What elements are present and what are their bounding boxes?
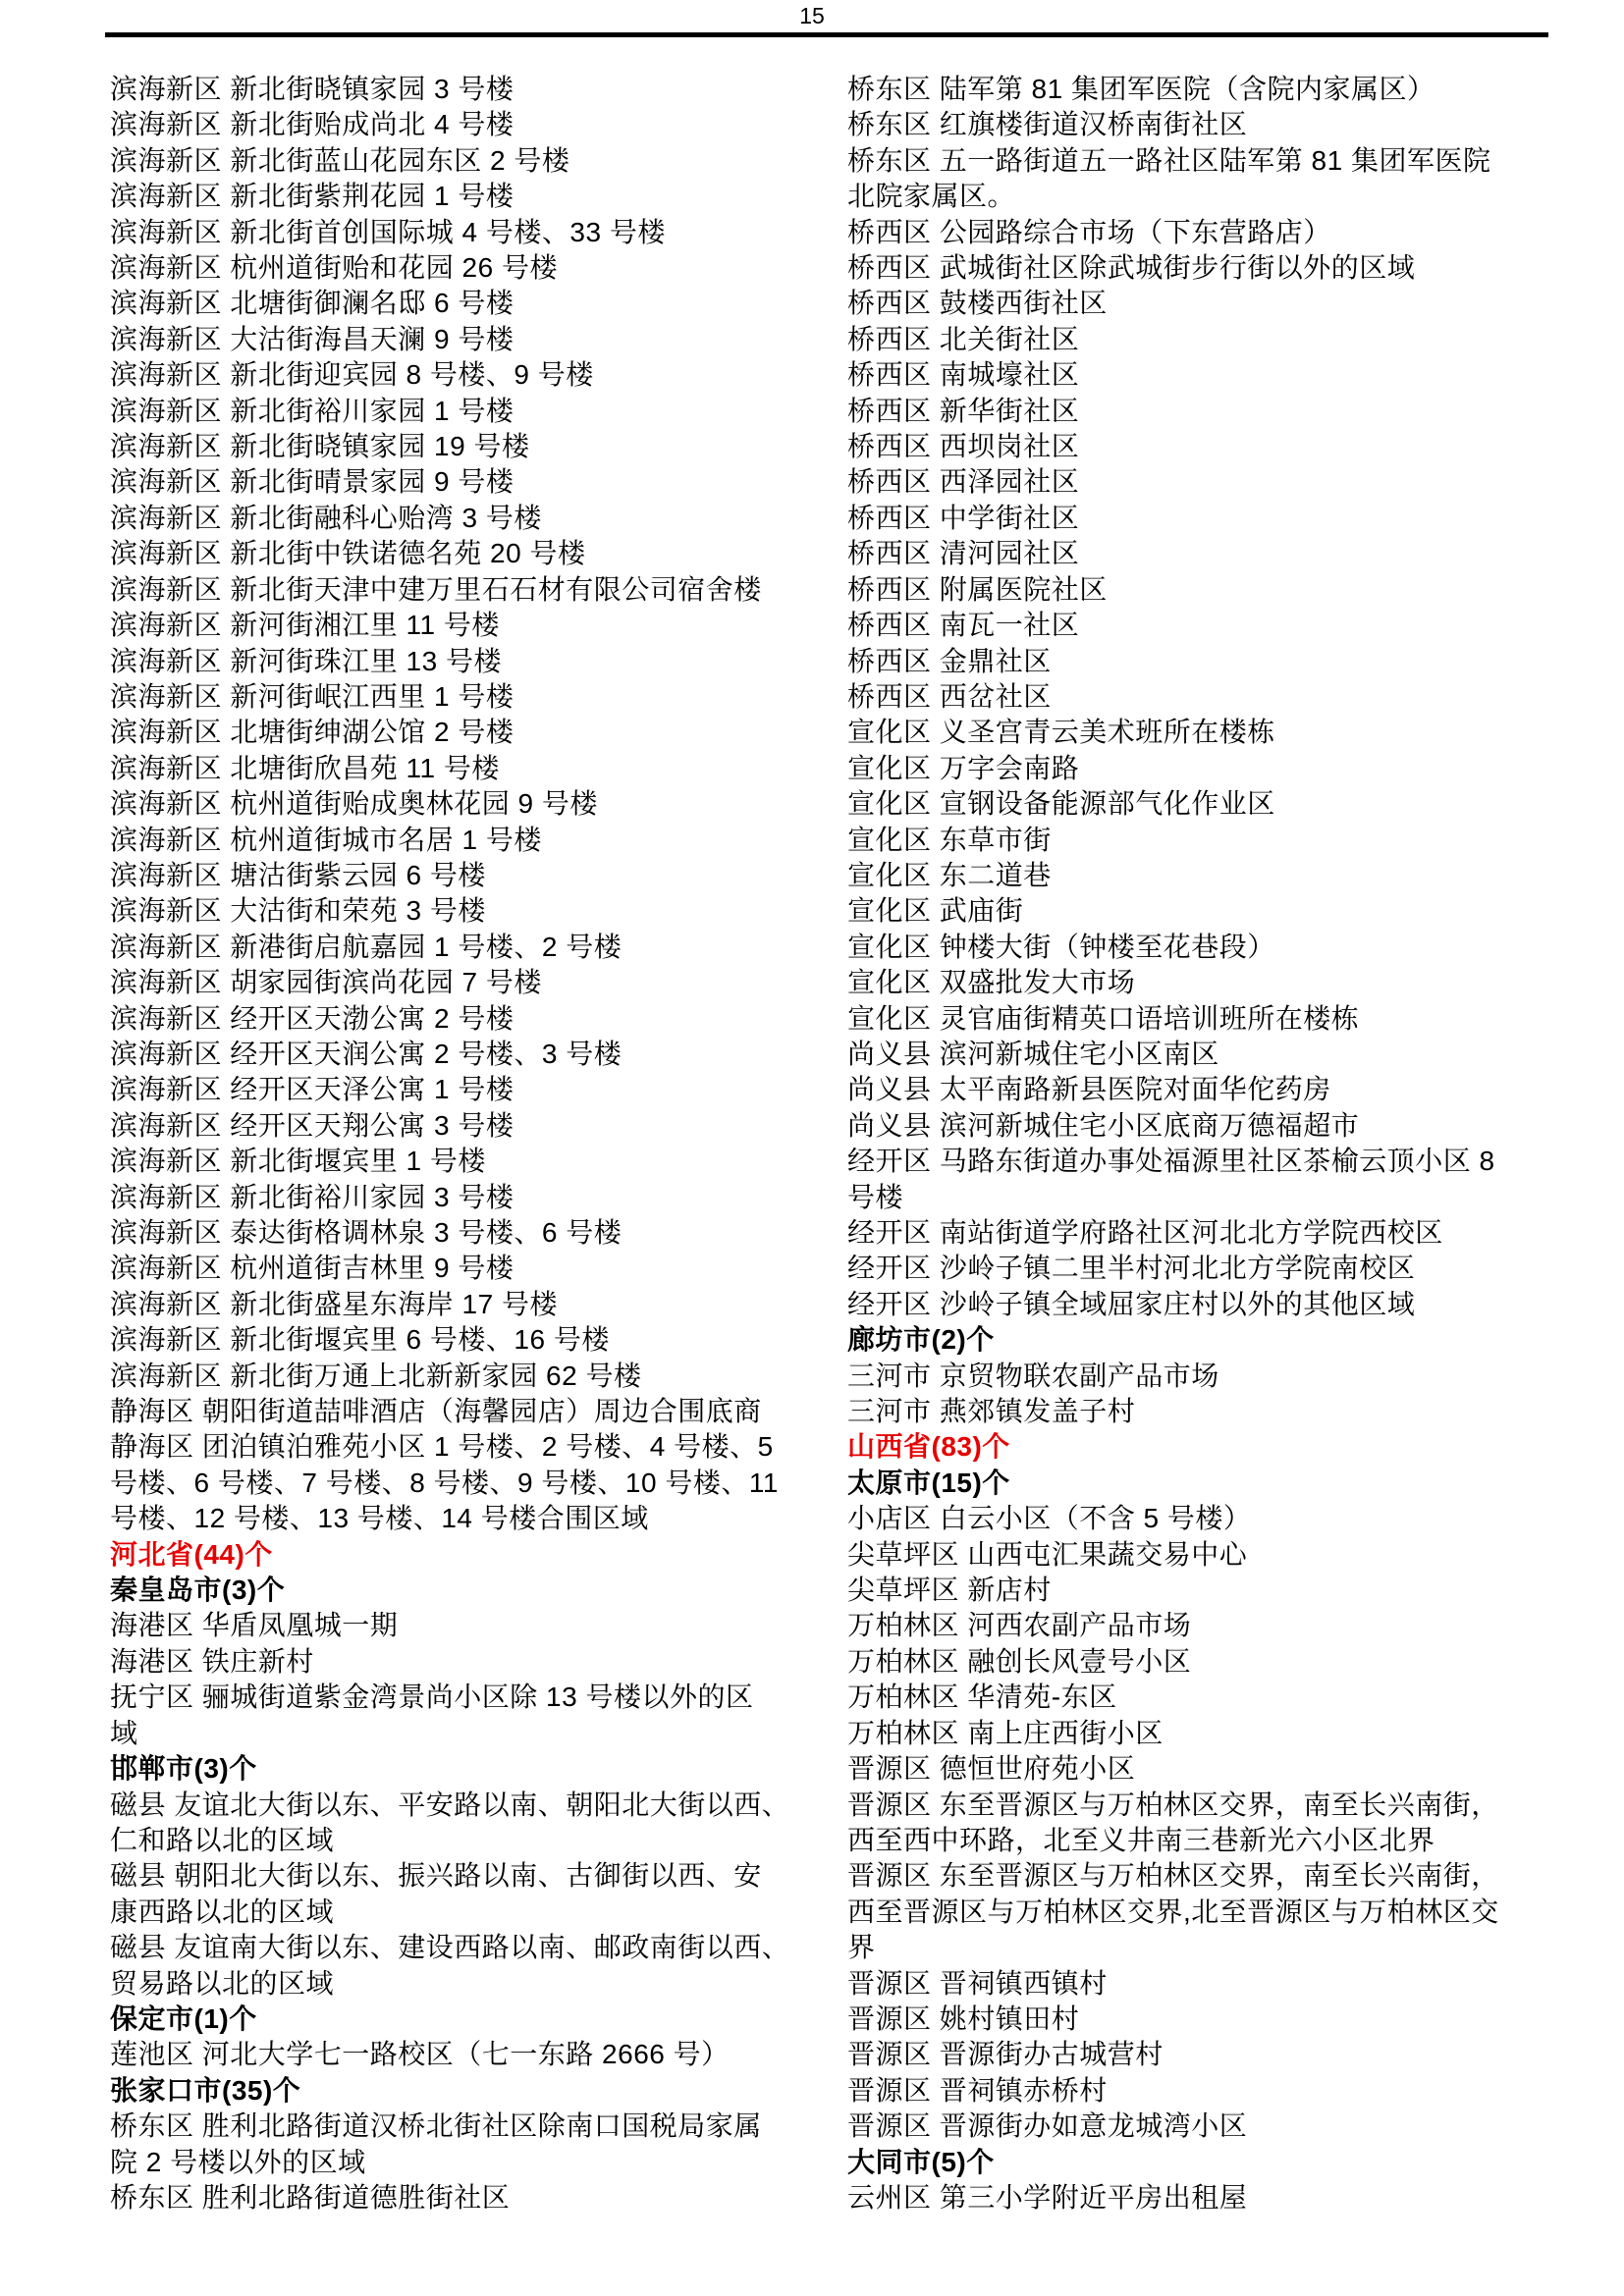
text-line: 滨海新区 经开区天翔公寓 3 号楼 [110, 1108, 797, 1144]
text-line: 桥西区 南城壕社区 [847, 357, 1535, 393]
text-line: 晋源区 晋源街办古城营村 [847, 2037, 1535, 2072]
text-line: 桥东区 五一路街道五一路社区陆军第 81 集团军医院 [847, 143, 1535, 179]
text-line: 号楼、12 号楼、13 号楼、14 号楼合围区域 [110, 1501, 797, 1536]
text-line: 万柏林区 华清苑-东区 [847, 1680, 1535, 1715]
text-line: 滨海新区 新北街裕川家园 3 号楼 [110, 1180, 797, 1215]
text-line: 滨海新区 杭州道街城市名居 1 号楼 [110, 823, 797, 858]
text-line: 滨海新区 新北街迎宾园 8 号楼、9 号楼 [110, 357, 797, 393]
text-line: 桥西区 附属医院社区 [847, 572, 1535, 608]
header-rule [105, 32, 1548, 37]
text-line: 滨海新区 新河街岷江西里 1 号楼 [110, 679, 797, 715]
text-line: 桥西区 清河园社区 [847, 536, 1535, 571]
text-line: 云州区 第三小学附近平房出租屋 [847, 2180, 1535, 2216]
text-line: 桥西区 公园路综合市场（下东营路店） [847, 215, 1535, 250]
text-line: 太原市(15)个 [847, 1466, 1535, 1501]
text-line: 宣化区 双盛批发大市场 [847, 965, 1535, 1000]
text-line: 滨海新区 北塘街欣昌苑 11 号楼 [110, 751, 797, 786]
text-line: 宣化区 钟楼大街（钟楼至花巷段） [847, 930, 1535, 965]
text-line: 滨海新区 新北街蓝山花园东区 2 号楼 [110, 143, 797, 179]
text-line: 滨海新区 塘沽街紫云园 6 号楼 [110, 858, 797, 893]
text-line: 滨海新区 新北街紫荆花园 1 号楼 [110, 179, 797, 214]
text-line: 西至西中环路，北至义井南三巷新光六小区北界 [847, 1823, 1535, 1858]
text-line: 晋源区 东至晋源区与万柏林区交界，南至长兴南街， [847, 1858, 1535, 1894]
text-line: 滨海新区 新河街湘江里 11 号楼 [110, 608, 797, 643]
text-line: 界 [847, 1930, 1535, 1965]
text-line: 保定市(1)个 [110, 2002, 797, 2037]
text-line: 滨海新区 经开区天润公寓 2 号楼、3 号楼 [110, 1037, 797, 1072]
text-line: 北院家属区。 [847, 179, 1535, 214]
text-line: 晋源区 晋祠镇西镇村 [847, 1966, 1535, 2002]
text-line: 滨海新区 新北街裕川家园 1 号楼 [110, 394, 797, 429]
text-line: 邯郸市(3)个 [110, 1751, 797, 1787]
text-line: 山西省(83)个 [847, 1429, 1535, 1465]
text-line: 滨海新区 新北街首创国际城 4 号楼、33 号楼 [110, 215, 797, 250]
text-line: 滨海新区 新北街万通上北新新家园 62 号楼 [110, 1359, 797, 1394]
text-line: 经开区 沙岭子镇全域屈家庄村以外的其他区域 [847, 1287, 1535, 1322]
text-line: 莲池区 河北大学七一路校区（七一东路 2666 号） [110, 2037, 797, 2072]
text-line: 滨海新区 杭州道街贻成奥林花园 9 号楼 [110, 786, 797, 822]
text-line: 桥东区 胜利北路街道德胜街社区 [110, 2180, 797, 2216]
text-line: 尖草坪区 新店村 [847, 1573, 1535, 1608]
text-line: 滨海新区 杭州道街吉林里 9 号楼 [110, 1251, 797, 1286]
text-line: 尚义县 滨河新城住宅小区南区 [847, 1037, 1535, 1072]
text-line: 滨海新区 新北街堰宾里 1 号楼 [110, 1144, 797, 1179]
text-line: 宣化区 万字会南路 [847, 751, 1535, 786]
text-line: 滨海新区 新北街融科心贻湾 3 号楼 [110, 501, 797, 536]
text-line: 尖草坪区 山西屯汇果蔬交易中心 [847, 1537, 1535, 1573]
text-line: 海港区 铁庄新村 [110, 1644, 797, 1680]
text-line: 桥西区 鼓楼西街社区 [847, 286, 1535, 321]
text-line: 经开区 马路东街道办事处福源里社区茶榆云顶小区 8 [847, 1144, 1535, 1179]
text-line: 张家口市(35)个 [110, 2073, 797, 2109]
text-line: 三河市 京贸物联农副产品市场 [847, 1359, 1535, 1394]
text-line: 桥东区 胜利北路街道汉桥北街社区除南口国税局家属 [110, 2109, 797, 2144]
text-line: 滨海新区 新北街盛星东海岸 17 号楼 [110, 1287, 797, 1322]
text-line: 滨海新区 泰达街格调林泉 3 号楼、6 号楼 [110, 1215, 797, 1251]
text-line: 静海区 团泊镇泊雅苑小区 1 号楼、2 号楼、4 号楼、5 [110, 1429, 797, 1465]
text-line: 桥东区 陆军第 81 集团军医院（含院内家属区） [847, 72, 1535, 107]
text-line: 域 [110, 1716, 797, 1751]
text-line: 滨海新区 北塘街御澜名邸 6 号楼 [110, 286, 797, 321]
text-line: 宣化区 东草市街 [847, 823, 1535, 858]
text-line: 晋源区 晋源街办如意龙城湾小区 [847, 2109, 1535, 2144]
right-column: 桥东区 陆军第 81 集团军医院（含院内家属区）桥东区 红旗楼街道汉桥南街社区桥… [847, 72, 1535, 2216]
text-line: 宣化区 灵官庙街精英口语培训班所在楼栋 [847, 1001, 1535, 1037]
text-line: 滨海新区 新北街中铁诺德名苑 20 号楼 [110, 536, 797, 571]
text-line: 晋源区 姚村镇田村 [847, 2002, 1535, 2037]
text-line: 磁县 朝阳北大街以东、振兴路以南、古御街以西、安 [110, 1858, 797, 1894]
text-line: 静海区 朝阳街道喆啡酒店（海馨园店）周边合围底商 [110, 1394, 797, 1429]
text-line: 尚义县 太平南路新县医院对面华佗药房 [847, 1072, 1535, 1107]
text-line: 院 2 号楼以外的区域 [110, 2145, 797, 2180]
text-line: 号楼 [847, 1180, 1535, 1215]
text-line: 西至晋源区与万柏林区交界,北至晋源区与万柏林区交 [847, 1895, 1535, 1930]
text-line: 桥西区 武城街社区除武城街步行街以外的区域 [847, 250, 1535, 286]
page-number: 15 [0, 3, 1624, 28]
text-line: 桥西区 北关街社区 [847, 322, 1535, 357]
text-line: 滨海新区 新北街贻成尚北 4 号楼 [110, 107, 797, 142]
text-line: 秦皇岛市(3)个 [110, 1573, 797, 1608]
text-line: 三河市 燕郊镇发盖子村 [847, 1394, 1535, 1429]
text-line: 经开区 南站街道学府路社区河北北方学院西校区 [847, 1215, 1535, 1251]
text-line: 宣化区 义圣宫青云美术班所在楼栋 [847, 715, 1535, 750]
text-line: 滨海新区 新北街天津中建万里石石材有限公司宿舍楼 [110, 572, 797, 608]
text-line: 滨海新区 新河街珠江里 13 号楼 [110, 644, 797, 679]
text-line: 滨海新区 新北街晓镇家园 3 号楼 [110, 72, 797, 107]
text-line: 万柏林区 南上庄西街小区 [847, 1716, 1535, 1751]
text-line: 桥西区 中学街社区 [847, 501, 1535, 536]
text-line: 桥东区 红旗楼街道汉桥南街社区 [847, 107, 1535, 142]
document-page: { "page": { "number": "15" }, "styles": … [0, 0, 1624, 2296]
text-line: 滨海新区 大沽街和荣苑 3 号楼 [110, 893, 797, 929]
left-column: 滨海新区 新北街晓镇家园 3 号楼滨海新区 新北街贻成尚北 4 号楼滨海新区 新… [110, 72, 797, 2216]
text-line: 桥西区 新华街社区 [847, 394, 1535, 429]
text-line: 滨海新区 新北街堰宾里 6 号楼、16 号楼 [110, 1322, 797, 1358]
text-line: 万柏林区 河西农副产品市场 [847, 1608, 1535, 1643]
text-line: 康西路以北的区域 [110, 1895, 797, 1930]
text-line: 万柏林区 融创长风壹号小区 [847, 1644, 1535, 1680]
text-line: 滨海新区 胡家园街滨尚花园 7 号楼 [110, 965, 797, 1000]
text-line: 滨海新区 大沽街海昌天澜 9 号楼 [110, 322, 797, 357]
text-line: 桥西区 西岔社区 [847, 679, 1535, 715]
text-line: 桥西区 南瓦一社区 [847, 608, 1535, 643]
text-line: 滨海新区 经开区天渤公寓 2 号楼 [110, 1001, 797, 1037]
text-line: 桥西区 西泽园社区 [847, 464, 1535, 500]
text-line: 宣化区 宣钢设备能源部气化作业区 [847, 786, 1535, 822]
text-line: 滨海新区 新港街启航嘉园 1 号楼、2 号楼 [110, 930, 797, 965]
text-line: 桥西区 金鼎社区 [847, 644, 1535, 679]
text-line: 滨海新区 杭州道街贻和花园 26 号楼 [110, 250, 797, 286]
text-line: 仁和路以北的区域 [110, 1823, 797, 1858]
text-line: 桥西区 西坝岗社区 [847, 429, 1535, 464]
text-line: 大同市(5)个 [847, 2145, 1535, 2180]
text-line: 小店区 白云小区（不含 5 号楼） [847, 1501, 1535, 1536]
text-line: 晋源区 东至晋源区与万柏林区交界，南至长兴南街， [847, 1788, 1535, 1823]
text-line: 磁县 友谊北大街以东、平安路以南、朝阳北大街以西、 [110, 1788, 797, 1823]
text-line: 滨海新区 北塘街绅湖公馆 2 号楼 [110, 715, 797, 750]
text-line: 河北省(44)个 [110, 1537, 797, 1573]
text-line: 宣化区 东二道巷 [847, 858, 1535, 893]
text-line: 海港区 华盾凤凰城一期 [110, 1608, 797, 1643]
text-line: 廊坊市(2)个 [847, 1322, 1535, 1358]
text-line: 滨海新区 新北街晴景家园 9 号楼 [110, 464, 797, 500]
text-line: 号楼、6 号楼、7 号楼、8 号楼、9 号楼、10 号楼、11 [110, 1466, 797, 1501]
text-line: 贸易路以北的区域 [110, 1966, 797, 2002]
text-line: 晋源区 晋祠镇赤桥村 [847, 2073, 1535, 2109]
text-line: 滨海新区 新北街晓镇家园 19 号楼 [110, 429, 797, 464]
text-line: 滨海新区 经开区天泽公寓 1 号楼 [110, 1072, 797, 1107]
text-line: 经开区 沙岭子镇二里半村河北北方学院南校区 [847, 1251, 1535, 1286]
text-line: 晋源区 德恒世府苑小区 [847, 1751, 1535, 1787]
text-line: 尚义县 滨河新城住宅小区底商万德福超市 [847, 1108, 1535, 1144]
text-line: 宣化区 武庙街 [847, 893, 1535, 929]
text-line: 抚宁区 骊城街道紫金湾景尚小区除 13 号楼以外的区 [110, 1680, 797, 1715]
text-line: 磁县 友谊南大街以东、建设西路以南、邮政南街以西、 [110, 1930, 797, 1965]
